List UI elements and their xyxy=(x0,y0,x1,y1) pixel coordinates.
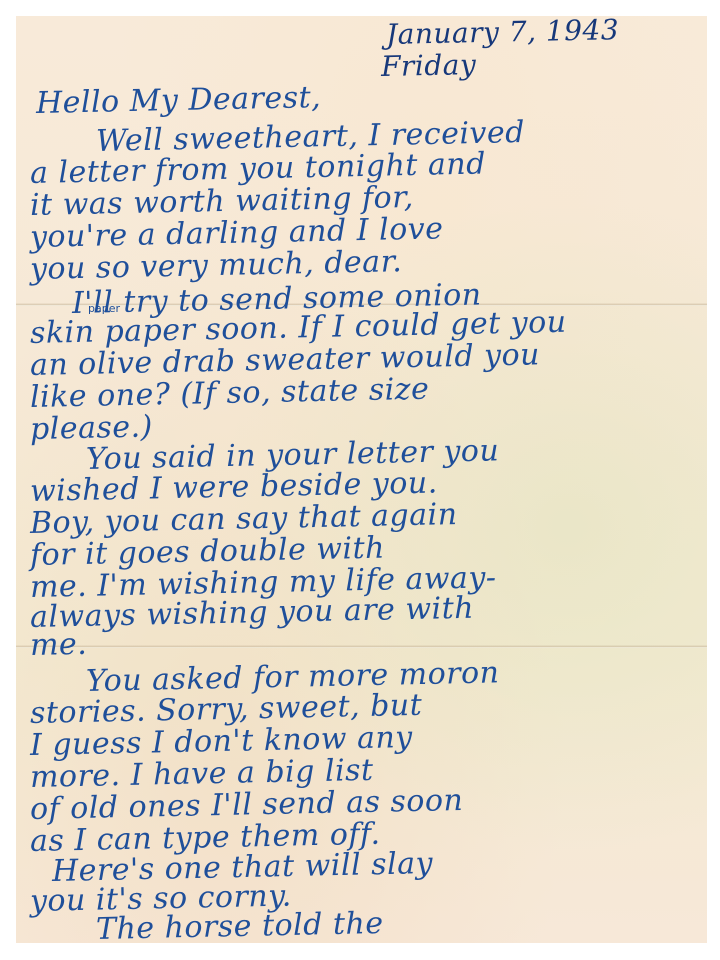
letter-weekday: Friday xyxy=(381,48,477,83)
fold-crease xyxy=(16,645,707,648)
letter-line: me. xyxy=(30,627,88,663)
letter-line: like one? (If so, state size xyxy=(30,372,430,415)
letter-line: The horse told the xyxy=(96,906,384,947)
letter-page: January 7, 1943 Friday Hello My Dearest,… xyxy=(16,16,707,943)
insertion-note: paper xyxy=(88,302,120,315)
letter-date: January 7, 1943 xyxy=(386,13,620,51)
salutation: Hello My Dearest, xyxy=(36,80,322,121)
